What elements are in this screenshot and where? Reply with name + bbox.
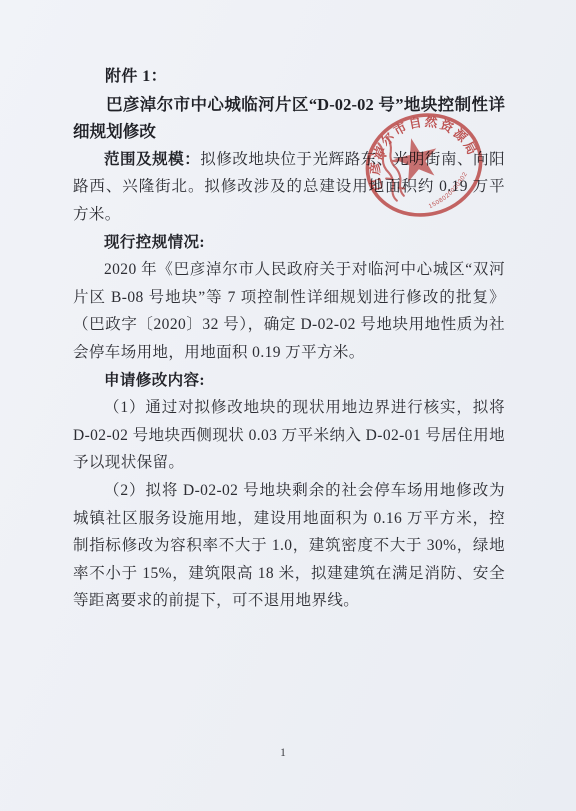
paragraph-change-2: （2）拟将 D-02-02 号地块剩余的社会停车场用地修改为城镇社区服务设施用地… — [73, 477, 505, 615]
document-title: 巴彦淖尔市中心城临河片区“D-02-02 号”地块控制性详细规划修改 — [73, 91, 505, 146]
document-body: 附件 1： 巴彦淖尔市中心城临河片区“D-02-02 号”地块控制性详细规划修改… — [73, 63, 505, 615]
attachment-label: 附件 1： — [73, 63, 505, 91]
paragraph-change-1: （1）通过对拟修改地块的现状用地边界进行核实，拟将 D-02-02 号地块西侧现… — [73, 394, 505, 477]
paragraph-change-1-text: （1）通过对拟修改地块的现状用地边界进行核实，拟将 D-02-02 号地块西侧现… — [73, 399, 505, 471]
heading-requested-changes-label: 申请修改内容: — [104, 372, 205, 389]
page-number: 1 — [0, 747, 566, 759]
heading-current-plan-label: 现行控规情况: — [104, 234, 205, 251]
paragraph-current-plan: 2020 年《巴彦淖尔市人民政府关于对临河中心城区“双河片区 B-08 号地块”… — [73, 256, 505, 366]
paragraph-change-2-text: （2）拟将 D-02-02 号地块剩余的社会停车场用地修改为城镇社区服务设施用地… — [73, 482, 505, 609]
paragraph-current-plan-text: 2020 年《巴彦淖尔市人民政府关于对临河中心城区“双河片区 B-08 号地块”… — [73, 261, 505, 361]
paragraph-scope: 范围及规模：拟修改地块位于光辉路东、光明街南、向阳路西、兴隆街北。拟修改涉及的总… — [73, 146, 505, 229]
heading-current-plan: 现行控规情况: — [73, 229, 505, 257]
heading-requested-changes: 申请修改内容: — [73, 367, 505, 395]
paragraph-scope-lead: 范围及规模： — [104, 151, 200, 168]
scanned-document-page: 附件 1： 巴彦淖尔市中心城临河片区“D-02-02 号”地块控制性详细规划修改… — [0, 0, 576, 811]
